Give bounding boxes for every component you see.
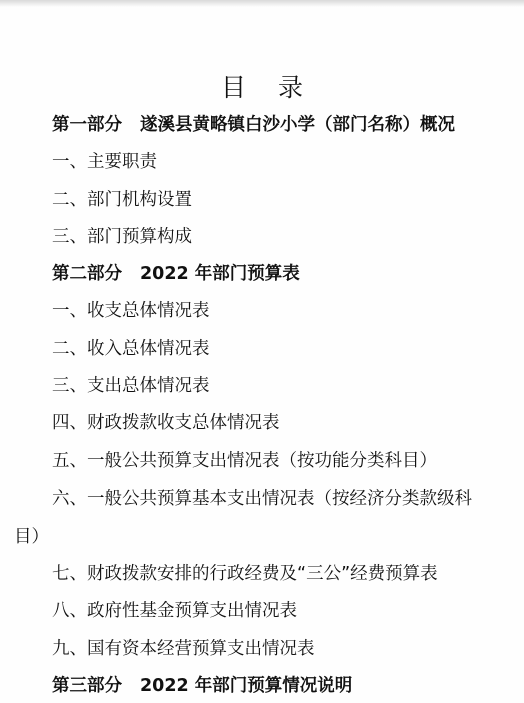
toc-item[interactable]: 三、支出总体情况表: [52, 374, 210, 398]
toc-part-2[interactable]: 第二部分2022 年部门预算表: [52, 262, 300, 286]
toc-part-text: 遂溪县黄略镇白沙小学（部门名称）概况: [140, 115, 455, 135]
toc-item[interactable]: 九、国有资本经营预算支出情况表: [52, 637, 315, 661]
toc-item[interactable]: 八、政府性基金预算支出情况表: [52, 599, 297, 623]
toc-part-label: 第二部分: [52, 264, 122, 284]
toc-part-label: 第一部分: [52, 115, 122, 135]
toc-item[interactable]: 二、收入总体情况表: [52, 337, 210, 361]
toc-item[interactable]: 三、部门预算构成: [52, 225, 192, 249]
toc-item[interactable]: 一、收支总体情况表: [52, 299, 210, 323]
toc-part-text: 2022 年部门预算情况说明: [140, 676, 352, 696]
page-top-shadow: [0, 0, 524, 7]
toc-part-3[interactable]: 第三部分2022 年部门预算情况说明: [52, 674, 352, 698]
toc-item[interactable]: 六、一般公共预算基本支出情况表（按经济分类款级科: [52, 487, 472, 511]
toc-item[interactable]: 五、一般公共预算支出情况表（按功能分类科目）: [52, 449, 437, 473]
toc-item[interactable]: 一、主要职责: [52, 150, 157, 174]
toc-item[interactable]: 七、财政拨款安排的行政经费及“三公”经费预算表: [52, 562, 438, 586]
toc-part-label: 第三部分: [52, 676, 122, 696]
toc-item[interactable]: 二、部门机构设置: [52, 188, 192, 212]
toc-item-continuation[interactable]: 目）: [14, 525, 49, 549]
toc-item[interactable]: 四、财政拨款收支总体情况表: [52, 411, 280, 435]
toc-part-text: 2022 年部门预算表: [140, 264, 300, 284]
toc-part-1[interactable]: 第一部分遂溪县黄略镇白沙小学（部门名称）概况: [52, 113, 455, 137]
toc-title: 目 录: [0, 68, 524, 104]
